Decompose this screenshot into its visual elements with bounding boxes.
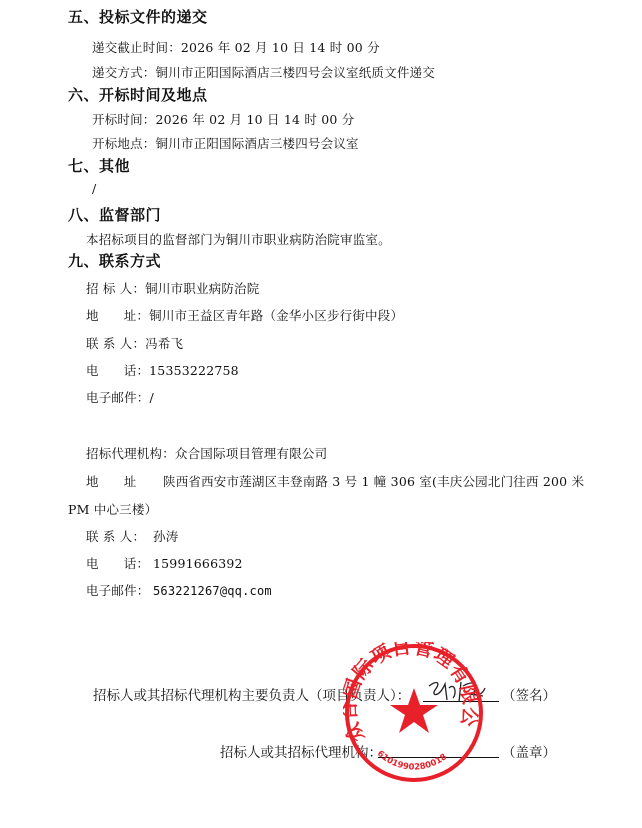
tenderer-address-value: 铜川市王益区青年路（金华小区步行街中段） <box>149 308 403 323</box>
agency-contact: 联 系 人：孙涛 <box>86 527 178 545</box>
section-6-heading: 六、开标时间及地点 <box>68 84 208 105</box>
tenderer-address-label: 地 址： <box>86 308 149 323</box>
agency-contact-label: 联 系 人： <box>86 527 153 545</box>
tenderer-contact-value: 冯希飞 <box>145 336 183 351</box>
agency-name-label: 招标代理机构： <box>86 446 175 461</box>
method-label: 递交方式： <box>92 65 156 80</box>
opening-time-label: 开标时间： <box>92 112 156 127</box>
agency-contact-value: 孙涛 <box>153 529 178 544</box>
seal-suffix: （盖章） <box>502 741 556 761</box>
agency-address-value: 陕西省西安市莲湖区丰登南路 3 号 1 幢 306 室(丰庆公园北门往西 200… <box>163 474 584 489</box>
tenderer-phone-value: 15353222758 <box>149 363 239 378</box>
submission-deadline: 递交截止时间：2026 年 02 月 10 日 14 时 00 分 <box>92 38 380 56</box>
agency-email-value: 563221267@qq.com <box>153 584 272 598</box>
tenderer-contact: 联 系 人：冯希飞 <box>86 334 183 352</box>
opening-time: 开标时间：2026 年 02 月 10 日 14 时 00 分 <box>92 110 354 128</box>
agency-address: 地 址陕西省西安市莲湖区丰登南路 3 号 1 幢 306 室(丰庆公园北门往西 … <box>86 472 584 490</box>
deadline-value: 2026 年 02 月 10 日 14 时 00 分 <box>181 40 380 55</box>
tenderer-name-value: 铜川市职业病防治院 <box>145 281 259 296</box>
tenderer-contact-label: 联 系 人： <box>86 336 145 351</box>
tenderer-email-label: 电子邮件： <box>86 390 150 405</box>
section-8-heading: 八、监督部门 <box>68 204 161 225</box>
agency-email: 电子邮件：563221267@qq.com <box>86 581 272 599</box>
section-7-heading: 七、其他 <box>68 155 130 176</box>
submission-method: 递交方式：铜川市正阳国际酒店三楼四号会议室纸质文件递交 <box>92 63 435 81</box>
tenderer-phone-label: 电 话： <box>86 363 149 378</box>
section-9-heading: 九、联系方式 <box>68 250 161 271</box>
method-value: 铜川市正阳国际酒店三楼四号会议室纸质文件递交 <box>156 65 435 80</box>
tenderer-address: 地 址：铜川市王益区青年路（金华小区步行街中段） <box>86 306 403 324</box>
tenderer-phone: 电 话：15353222758 <box>86 361 239 379</box>
opening-place: 开标地点：铜川市正阳国际酒店三楼四号会议室 <box>92 134 359 152</box>
section-7-content: / <box>92 181 96 196</box>
seal-star-icon <box>390 688 438 733</box>
svg-text:6101990280018: 6101990280018 <box>375 749 449 773</box>
tenderer-name: 招 标 人：铜川市职业病防治院 <box>86 279 259 297</box>
official-seal-icon: 众合国际项目管理有限公司 6101990280018 <box>343 642 485 784</box>
agency-name-value: 众合国际项目管理有限公司 <box>175 446 327 461</box>
agency-phone-label: 电 话： <box>86 554 153 572</box>
tenderer-name-label: 招 标 人： <box>86 281 145 296</box>
section-5-heading: 五、投标文件的递交 <box>68 6 208 27</box>
tenderer-email: 电子邮件：/ <box>86 388 154 406</box>
sign-suffix: （签名） <box>502 684 556 704</box>
deadline-label: 递交截止时间： <box>92 40 181 55</box>
opening-place-value: 铜川市正阳国际酒店三楼四号会议室 <box>156 136 359 151</box>
agency-phone: 电 话：15991666392 <box>86 554 243 572</box>
agency-phone-value: 15991666392 <box>153 556 243 571</box>
seal-code: 6101990280018 <box>375 749 449 773</box>
agency-address-label: 地 址 <box>86 472 163 490</box>
agency-address-continued: PM 中心三楼） <box>68 500 157 518</box>
opening-place-label: 开标地点： <box>92 136 156 151</box>
section-8-content: 本招标项目的监督部门为铜川市职业病防治院审监室。 <box>86 230 391 248</box>
opening-time-value: 2026 年 02 月 10 日 14 时 00 分 <box>156 112 355 127</box>
agency-email-label: 电子邮件： <box>86 581 153 599</box>
tenderer-email-value: / <box>150 390 154 405</box>
agency-name: 招标代理机构：众合国际项目管理有限公司 <box>86 444 327 462</box>
